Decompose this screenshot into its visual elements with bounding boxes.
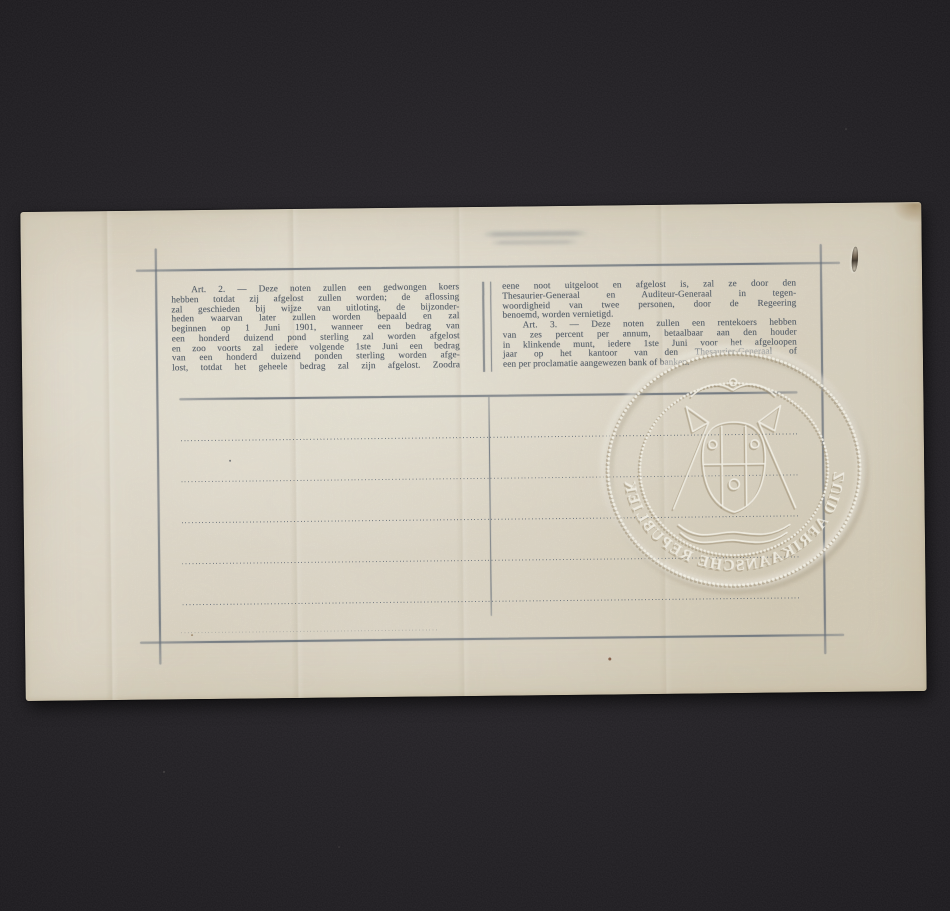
- ink-smudge-streak: [491, 240, 579, 245]
- column-divider-line-right: [490, 282, 493, 372]
- foxing-speck: [608, 657, 611, 660]
- photo-of-banknote: { "photo": { "subject": "Reverse of Zuid…: [0, 0, 950, 911]
- ink-smudge: [483, 230, 591, 250]
- column-divider-line-left: [482, 282, 485, 372]
- article-2-column: Art. 2. — Deze noten zullen een gedwonge…: [171, 282, 460, 373]
- foxing-speck: [191, 634, 193, 636]
- trim-mark-top-rule: [136, 262, 840, 272]
- trim-mark-left-rule: [154, 249, 161, 665]
- banknote-reverse: Art. 2. — Deze noten zullen een gedwonge…: [20, 202, 926, 701]
- table-center-rule: [488, 397, 492, 616]
- dust-speck: [163, 771, 165, 773]
- trim-mark-bottom-rule: [140, 633, 844, 643]
- article-text-line: lost, totdat het geheele bedrag zal zijn…: [172, 360, 460, 373]
- table-dotted-row-faint: [181, 629, 437, 633]
- dust-speck: [338, 846, 340, 848]
- paper-crease: [100, 211, 118, 700]
- schedule-table: [20, 202, 921, 212]
- ink-smudge-streak: [483, 231, 589, 237]
- pin-hole-tear: [851, 247, 858, 272]
- dust-speck: [845, 128, 847, 130]
- embossed-seal: ZUID AFRIKAANSCHE REPUBLIEK: [588, 334, 881, 607]
- foxing-speck: [229, 460, 231, 462]
